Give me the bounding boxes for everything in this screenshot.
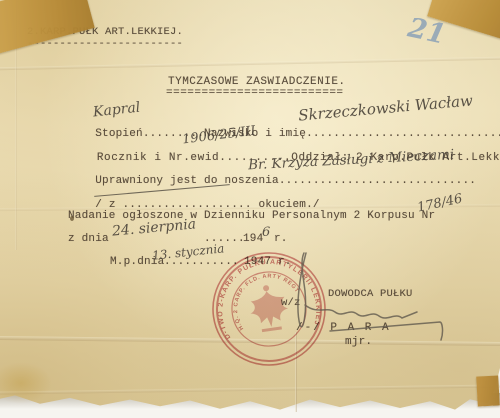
document-title-underline: ========================= [166,87,344,99]
paper-hole [70,216,74,221]
unit-header-underline: ------------------------ [27,38,183,50]
entitlement-label: Uprawniony jest do noszenia [95,175,279,187]
entitlement-dots: ............................. [279,175,476,187]
tape-bottom-right [476,375,500,406]
line-gazette: Nadanie ogłoszone w Dzienniku Personalny… [68,210,435,222]
gazette-date-label: z dnia [68,233,109,245]
rank-label: Stopień [95,128,143,140]
signature [268,243,463,348]
scanned-document-photo: 2.KARP.PUŁK ART.LEKKIEJ. ---------------… [0,0,500,418]
gazette-year-typed: 194 [243,233,263,245]
name-dots: ............................. [306,128,500,140]
paper-stain [0,362,52,404]
hw-gazette-year-digit: 6 [262,225,270,240]
